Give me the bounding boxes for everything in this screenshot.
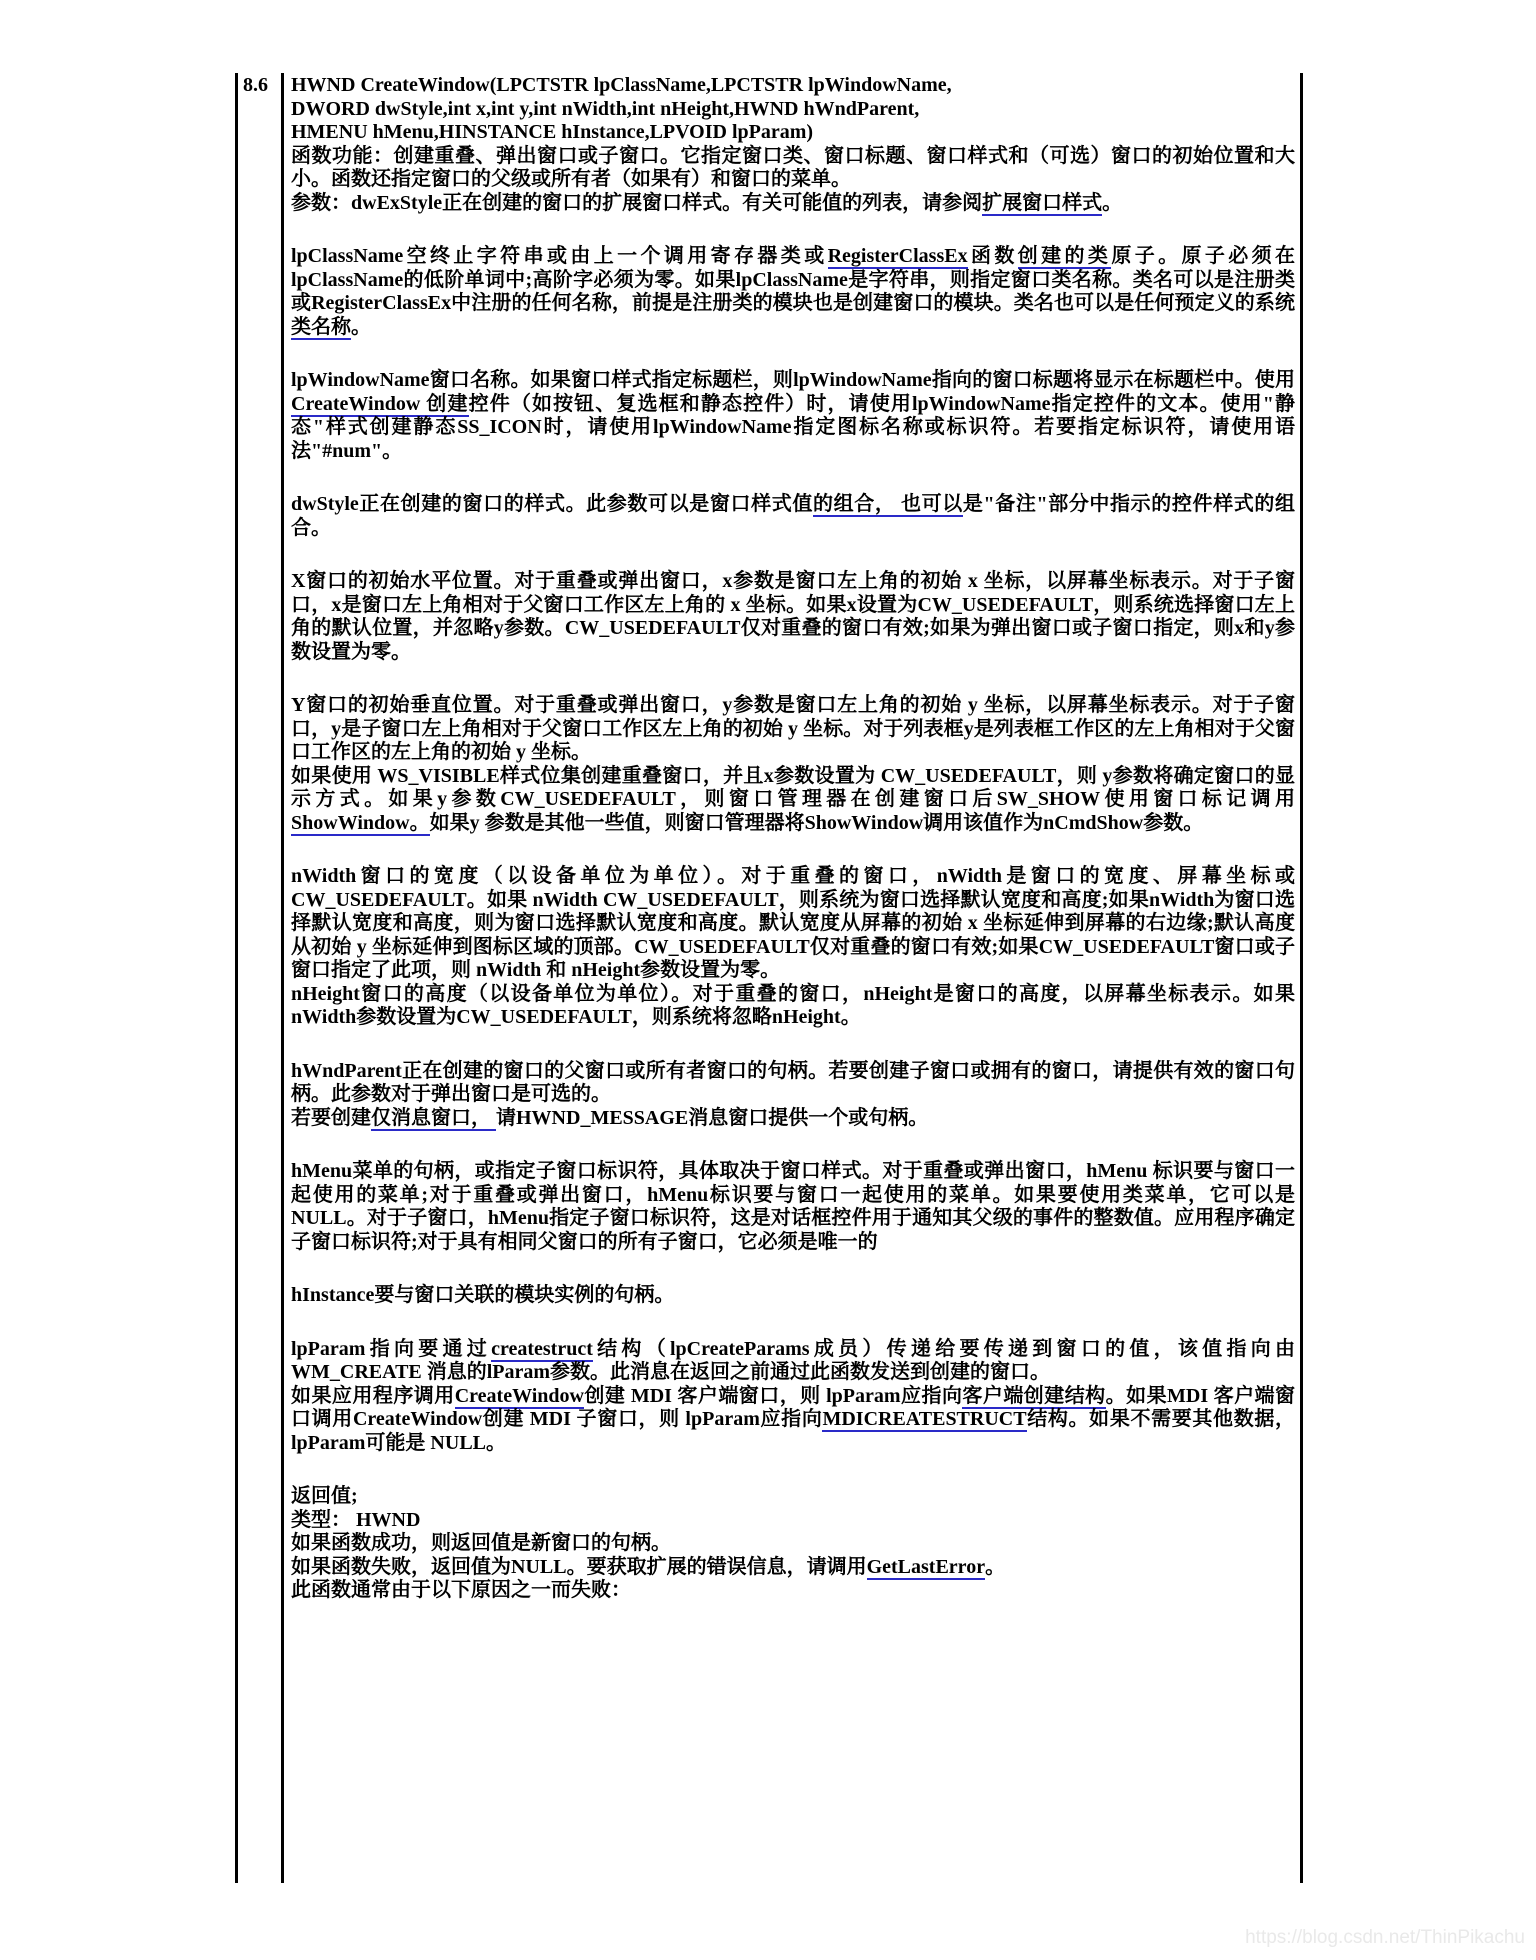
text-run: 创建 MDI 客户端窗口，则 lpParam应指向 bbox=[584, 1385, 962, 1407]
text-run: 函数功能：创建重叠、弹出窗口或子窗口。它指定窗口类、窗口标题、窗口样式和（可选）… bbox=[291, 145, 1295, 191]
doc-link[interactable]: 的组合， 也可以 bbox=[813, 493, 963, 517]
text-run: DWORD dwStyle,int x,int y,int nWidth,int… bbox=[291, 98, 919, 120]
doc-link[interactable]: RegisterClassEx bbox=[828, 245, 968, 269]
text-run: 。 bbox=[985, 1556, 1005, 1578]
text-run: 函数 bbox=[968, 245, 1018, 267]
text-run: 如果y 参数是其他一些值，则窗口管理器将ShowWindow调用该值作为nCmd… bbox=[430, 812, 1204, 834]
paragraph: Y窗口的初始垂直位置。对于重叠或弹出窗口，y参数是窗口左上角的初始 y 坐标，以… bbox=[291, 694, 1295, 835]
doc-link[interactable]: MDICREATESTRUCT bbox=[822, 1408, 1026, 1432]
text-run: 。 bbox=[1102, 192, 1122, 214]
doc-link[interactable]: createstruct bbox=[491, 1338, 593, 1362]
doc-link[interactable]: GetLastError bbox=[867, 1556, 986, 1580]
text-run: 类型： HWND bbox=[291, 1509, 420, 1531]
text-run: 如果使用 WS_VISIBLE样式位集创建重叠窗口，并且x参数设置为 CW_US… bbox=[291, 765, 1295, 811]
doc-link[interactable]: CreateWindow 创建 bbox=[291, 393, 469, 417]
paragraph: HWND CreateWindow(LPCTSTR lpClassName,LP… bbox=[291, 74, 1295, 215]
paragraph: hMenu菜单的句柄，或指定子窗口标识符，具体取决于窗口样式。对于重叠或弹出窗口… bbox=[291, 1160, 1295, 1254]
text-run: lpWindowName窗口名称。如果窗口样式指定标题栏，则lpWindowNa… bbox=[291, 369, 1295, 391]
text-run: HMENU hMenu,HINSTANCE hInstance,LPVOID l… bbox=[291, 121, 813, 143]
doc-link[interactable]: CreateWindow bbox=[455, 1385, 584, 1409]
row-number-cell: 8.6 bbox=[238, 73, 284, 1883]
doc-link[interactable]: 仅消息窗口， bbox=[371, 1107, 496, 1131]
text-run: 如果应用程序调用 bbox=[291, 1385, 455, 1407]
doc-link[interactable]: 创建的类 bbox=[1018, 245, 1112, 269]
spec-table: 8.6 HWND CreateWindow(LPCTSTR lpClassNam… bbox=[235, 73, 1303, 1883]
text-run: Y窗口的初始垂直位置。对于重叠或弹出窗口，y参数是窗口左上角的初始 y 坐标，以… bbox=[291, 694, 1295, 763]
doc-link[interactable]: 类名称 bbox=[291, 316, 351, 340]
text-run: HWND CreateWindow(LPCTSTR lpClassName,LP… bbox=[291, 74, 952, 96]
text-run: X窗口的初始水平位置。对于重叠或弹出窗口，x参数是窗口左上角的初始 x 坐标，以… bbox=[291, 570, 1295, 663]
paragraph: hInstance要与窗口关联的模块实例的句柄。 bbox=[291, 1284, 1295, 1308]
watermark-url: https://blog.csdn.net/ThinPikachu bbox=[1245, 1927, 1525, 1949]
paragraph: 返回值;类型： HWND如果函数成功，则返回值是新窗口的句柄。如果函数失败，返回… bbox=[291, 1485, 1295, 1603]
text-run: nHeight窗口的高度（以设备单位为单位）。对于重叠的窗口，nHeight是窗… bbox=[291, 983, 1295, 1029]
paragraph: X窗口的初始水平位置。对于重叠或弹出窗口，x参数是窗口左上角的初始 x 坐标，以… bbox=[291, 570, 1295, 664]
paragraph: lpWindowName窗口名称。如果窗口样式指定标题栏，则lpWindowNa… bbox=[291, 369, 1295, 463]
text-run: 如果函数成功，则返回值是新窗口的句柄。 bbox=[291, 1532, 671, 1554]
cell-content: HWND CreateWindow(LPCTSTR lpClassName,LP… bbox=[284, 73, 1300, 1883]
text-run: 若要创建 bbox=[291, 1107, 371, 1129]
text-run: lpParam指向要通过 bbox=[291, 1338, 491, 1360]
text-run: hWndParent正在创建的窗口的父窗口或所有者窗口的句柄。若要创建子窗口或拥… bbox=[291, 1060, 1295, 1106]
text-run: hMenu菜单的句柄，或指定子窗口标识符，具体取决于窗口样式。对于重叠或弹出窗口… bbox=[291, 1160, 1295, 1253]
doc-link[interactable]: ShowWindow。 bbox=[291, 812, 430, 836]
paragraph: dwStyle正在创建的窗口的样式。此参数可以是窗口样式值的组合， 也可以是"备… bbox=[291, 493, 1295, 540]
text-run: 如果函数失败，返回值为NULL。要获取扩展的错误信息，请调用 bbox=[291, 1556, 867, 1578]
doc-link[interactable]: 扩展窗口样式 bbox=[982, 192, 1102, 216]
text-run: 此函数通常由于以下原因之一而失败： bbox=[291, 1579, 631, 1601]
text-run: dwStyle正在创建的窗口的样式。此参数可以是窗口样式值 bbox=[291, 493, 813, 515]
text-run: 。 bbox=[351, 316, 371, 338]
text-run: 参数：dwExStyle正在创建的窗口的扩展窗口样式。有关可能值的列表，请参阅 bbox=[291, 192, 982, 214]
text-run: nWidth窗口的宽度（以设备单位为单位）。对于重叠的窗口，nWidth是窗口的… bbox=[291, 865, 1295, 981]
text-run: 请HWND_MESSAGE消息窗口提供一个或句柄。 bbox=[496, 1107, 928, 1129]
paragraph: nWidth窗口的宽度（以设备单位为单位）。对于重叠的窗口，nWidth是窗口的… bbox=[291, 865, 1295, 1030]
paragraph: lpClassName空终止字符串或由上一个调用寄存器类或RegisterCla… bbox=[291, 245, 1295, 339]
document-page: { "page": { "background": "#ffffff", "wa… bbox=[0, 0, 1536, 1960]
text-run: lpClassName空终止字符串或由上一个调用寄存器类或 bbox=[291, 245, 828, 267]
paragraph: hWndParent正在创建的窗口的父窗口或所有者窗口的句柄。若要创建子窗口或拥… bbox=[291, 1060, 1295, 1131]
paragraph: lpParam指向要通过createstruct结构（lpCreateParam… bbox=[291, 1338, 1295, 1456]
text-run: hInstance要与窗口关联的模块实例的句柄。 bbox=[291, 1284, 674, 1306]
doc-link[interactable]: 客户端创建结构 bbox=[962, 1385, 1105, 1409]
text-run: 返回值; bbox=[291, 1485, 358, 1507]
